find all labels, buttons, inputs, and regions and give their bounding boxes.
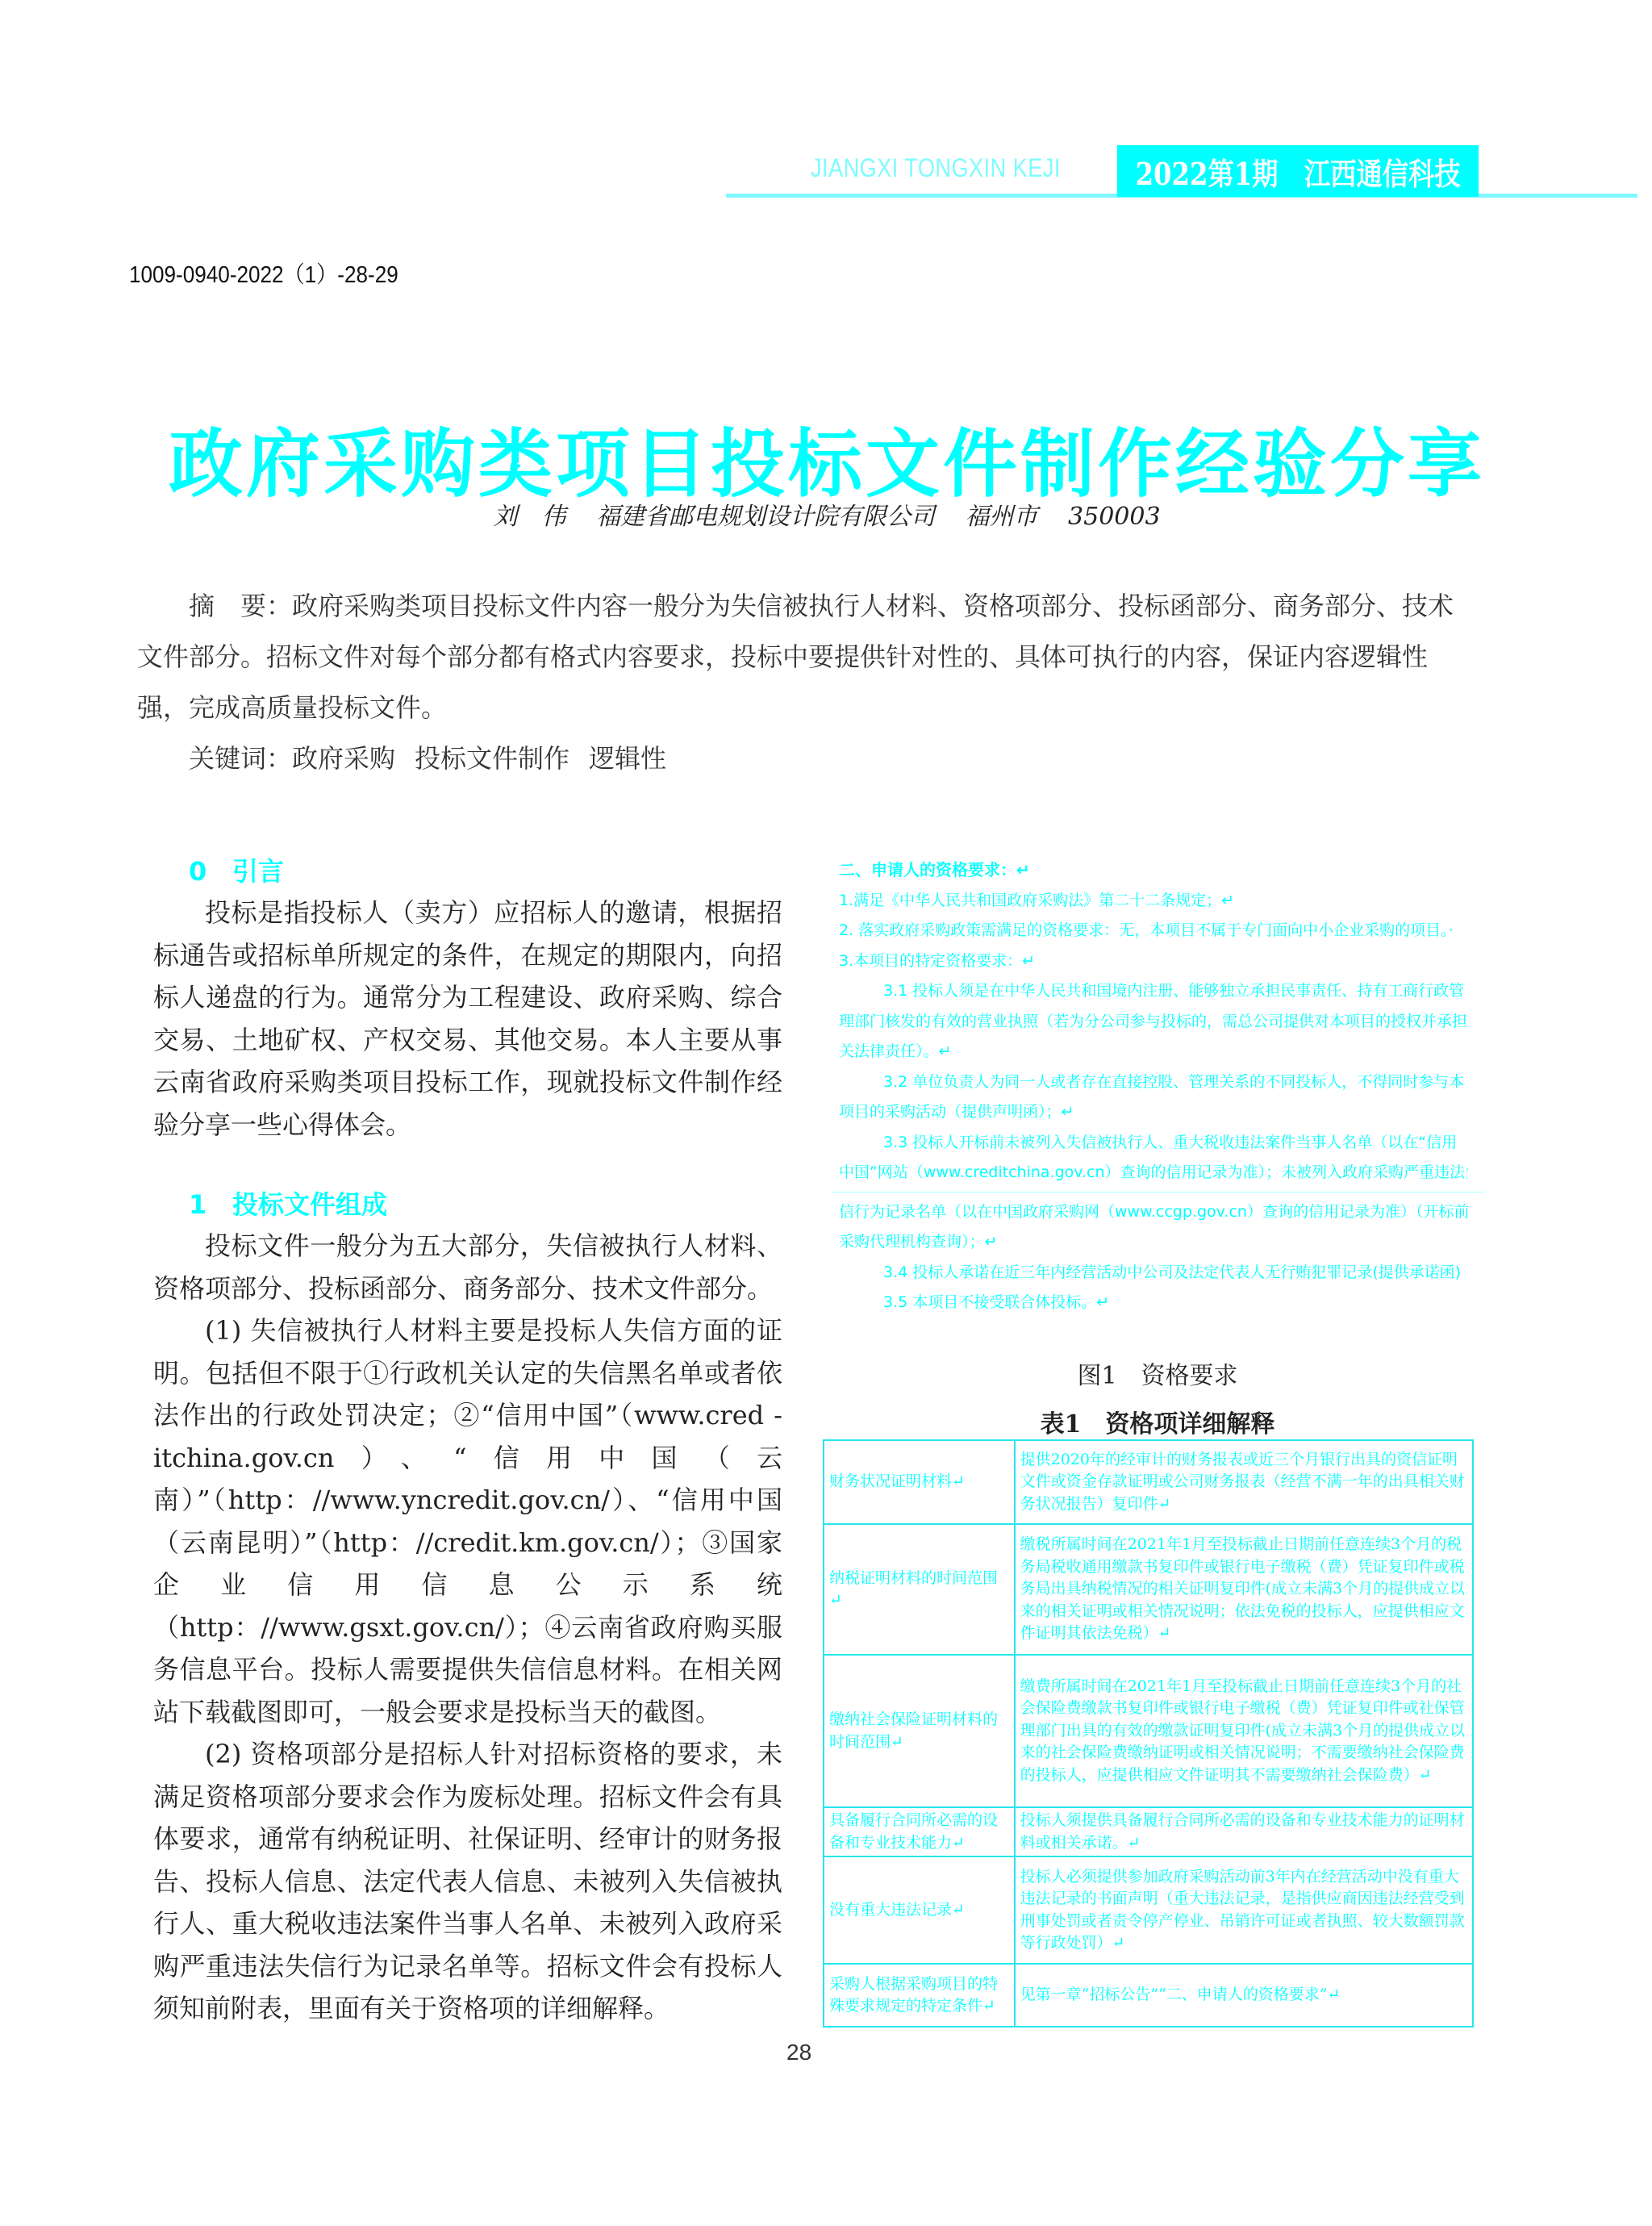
qualification-detail: 见第一章“招标公告”“二、申请人的资格要求”↵: [1015, 1964, 1473, 2027]
figure-line: 1.满足《中华人民共和国政府采购法》第二十二条规定；↵: [839, 886, 1468, 917]
keyword: 政府采购: [292, 743, 395, 774]
author-postcode: 350003: [1068, 503, 1161, 531]
section-heading-composition: 1投标文件组成: [153, 1184, 782, 1225]
figure-line: 3.3 投标人开标前未被列入失信被执行人、重大税收违法案件当事人名单（以在“信用: [839, 1128, 1468, 1159]
author-name: 刘 伟: [493, 503, 565, 531]
figure-line: 3.2 单位负责人为同一人或者存在直接控股、管理关系的不同投标人，不得同时参与本: [839, 1067, 1468, 1098]
qualification-detail: 投标人必须提供参加政府采购活动前3年内在经营活动中没有重大违法记录的书面声明（重…: [1015, 1856, 1473, 1964]
table-row: 没有重大违法记录↵投标人必须提供参加政府采购活动前3年内在经营活动中没有重大违法…: [824, 1856, 1473, 1964]
section-heading-intro: 0引言: [153, 851, 782, 892]
figure-line: 信行为记录名单（以在中国政府采购网（www.ccgp.gov.cn）查询的信用记…: [839, 1197, 1468, 1228]
issue-badge-text: 2022第1期 江西通信科技: [1135, 149, 1460, 194]
figure-line: 关法律责任）。↵: [839, 1037, 1468, 1067]
abstract-text: 政府采购类项目投标文件内容一般分为失信被执行人材料、资格项部分、投标函部分、商务…: [137, 591, 1454, 723]
figure-line: 二、申请人的资格要求：↵: [839, 855, 1468, 886]
abstract-paragraph: 摘 要：政府采购类项目投标文件内容一般分为失信被执行人材料、资格项部分、投标函部…: [137, 581, 1476, 733]
keywords-label: 关键词：: [189, 743, 292, 774]
table-row: 财务状况证明材料↵提供2020年的经审计的财务报表或近三个月银行出具的资信证明文…: [824, 1440, 1473, 1524]
section-title: 投标文件组成: [232, 1189, 387, 1220]
figure-1-caption: 图1 资格要求: [823, 1355, 1492, 1391]
section-title: 引言: [232, 856, 284, 887]
author-affiliation: 福建省邮电规划设计院有限公司: [596, 503, 935, 531]
section-number: 0: [189, 851, 232, 892]
table-row: 采购人根据采购项目的特殊要求规定的特定条件↵见第一章“招标公告”“二、申请人的资…: [824, 1964, 1473, 2027]
figure-line: 3.4 投标人承诺在近三年内经营活动中公司及法定代表人无行贿犯罪记录(提供承诺函…: [839, 1258, 1468, 1288]
table-1-qualification-details: 财务状况证明材料↵提供2020年的经审计的财务报表或近三个月银行出具的资信证明文…: [823, 1439, 1474, 2028]
section-body-composition: 投标文件一般分为五大部分，失信被执行人材料、资格项部分、投标函部分、商务部分、技…: [153, 1225, 782, 2030]
article-title: 政府采购类项目投标文件制作经验分享: [121, 405, 1533, 512]
article-code: 1009-0940-2022（1）-28-29: [129, 257, 398, 290]
table-row: 具备履行合同所必需的设备和专业技术能力↵投标人须提供具备履行合同所必需的设备和专…: [824, 1807, 1473, 1856]
figure-divider: [831, 1192, 1484, 1192]
qualification-detail: 缴税所属时间在2021年1月至投标截止日期前任意连续3个月的税务局税收通用缴款书…: [1015, 1524, 1473, 1655]
paragraph: 投标是指投标人（卖方）应招标人的邀请，根据招标通告或招标单所规定的条件，在规定的…: [153, 892, 782, 1146]
author-city: 福州市: [966, 503, 1038, 531]
qualification-detail: 提供2020年的经审计的财务报表或近三个月银行出具的资信证明文件或资金存款证明或…: [1015, 1440, 1473, 1524]
keyword: 投标文件制作: [415, 743, 569, 774]
qualification-item: 具备履行合同所必需的设备和专业技术能力↵: [824, 1807, 1015, 1856]
issue-badge: 2022第1期 江西通信科技: [1117, 145, 1479, 197]
table-1-caption: 表1 资格项详细解释: [823, 1404, 1492, 1439]
qualification-detail: 投标人须提供具备履行合同所必需的设备和专业技术能力的证明材料或相关承诺。↵: [1015, 1807, 1473, 1856]
figure-line: 3.1 投标人须是在中华人民共和国境内注册、能够独立承担民事责任、持有工商行政管: [839, 976, 1468, 1007]
figure-line: 采购代理机构查询）；↵: [839, 1227, 1468, 1258]
figure-line: 3.5 本项目不接受联合体投标。↵: [839, 1288, 1468, 1318]
abstract-label: 摘 要：: [189, 591, 292, 621]
qualification-item: 财务状况证明材料↵: [824, 1440, 1015, 1524]
paragraph: (1) 失信被执行人材料主要是投标人失信方面的证明。包括但不限于①行政机关认定的…: [153, 1309, 782, 1733]
page-number: 28: [786, 2040, 811, 2065]
qualification-item: 没有重大违法记录↵: [824, 1856, 1015, 1964]
left-column: 0引言 投标是指投标人（卖方）应招标人的邀请，根据招标通告或招标单所规定的条件，…: [153, 851, 782, 2030]
figure-line: 2. 落实政府采购政策需满足的资格要求：无，本项目不属于专门面向中小企业采购的项…: [839, 916, 1468, 946]
qualification-item: 采购人根据采购项目的特殊要求规定的特定条件↵: [824, 1964, 1015, 2027]
qualification-item: 纳税证明材料的时间范围↵: [824, 1524, 1015, 1655]
figure-line: 中国”网站（www.creditchina.gov.cn）查询的信用记录为准）；…: [839, 1158, 1468, 1188]
table-row: 纳税证明材料的时间范围↵缴税所属时间在2021年1月至投标截止日期前任意连续3个…: [824, 1524, 1473, 1655]
abstract: 摘 要：政府采购类项目投标文件内容一般分为失信被执行人材料、资格项部分、投标函部…: [137, 581, 1476, 784]
table-row: 缴纳社会保险证明材料的时间范围↵缴费所属时间在2021年1月至投标截止日期前任意…: [824, 1655, 1473, 1807]
figure-line: 3.本项目的特定资格要求：↵: [839, 946, 1468, 977]
section-number: 1: [189, 1184, 232, 1225]
paragraph: 投标文件一般分为五大部分，失信被执行人材料、资格项部分、投标函部分、商务部分、技…: [153, 1225, 782, 1309]
paragraph: (2) 资格项部分是招标人针对招标资格的要求，未满足资格项部分要求会作为废标处理…: [153, 1733, 782, 2030]
keyword: 逻辑性: [589, 743, 666, 774]
qualification-item: 缴纳社会保险证明材料的时间范围↵: [824, 1655, 1015, 1807]
figure-1-qualification-requirements: 二、申请人的资格要求：↵1.满足《中华人民共和国政府采购法》第二十二条规定；↵2…: [839, 855, 1468, 1318]
section-body-intro: 投标是指投标人（卖方）应招标人的邀请，根据招标通告或招标单所规定的条件，在规定的…: [153, 892, 782, 1146]
qualification-detail: 缴费所属时间在2021年1月至投标截止日期前任意连续3个月的社会保险费缴款书复印…: [1015, 1655, 1473, 1807]
figure-line: 项目的采购活动（提供声明函）；↵: [839, 1097, 1468, 1128]
author-line: 刘 伟 福建省邮电规划设计院有限公司 福州市 350003: [121, 496, 1533, 532]
keywords: 关键词：政府采购投标文件制作逻辑性: [137, 733, 1476, 784]
figure-line: 理部门核发的有效的营业执照（若为分公司参与投标的，需总公司提供对本项目的授权并承…: [839, 1007, 1468, 1038]
journal-name-en: JIANGXI TONGXIN KEJI: [811, 153, 1061, 183]
